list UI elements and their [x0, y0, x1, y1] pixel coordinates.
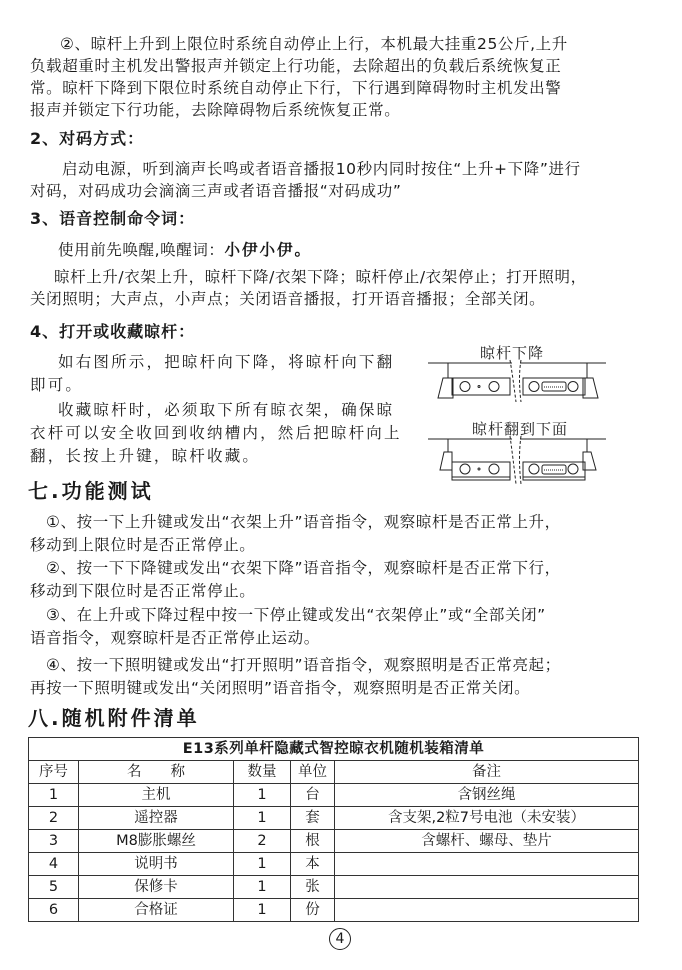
test-line-4: 移动到下限位时是否正常停止。 [30, 580, 645, 602]
table-title-row: E13系列单杆隐藏式智控晾衣机随机装箱清单 [29, 738, 639, 761]
cell-seq: 2 [29, 807, 79, 830]
cell-note: 含钢丝绳 [335, 784, 639, 807]
drying-rod-lowered-diagram [428, 360, 608, 405]
cell-name: M8膨胀螺丝 [79, 830, 234, 853]
cell-note: 含支架,2粒7号电池（未安装） [335, 807, 639, 830]
page-number: 4 [329, 928, 351, 950]
table-title: E13系列单杆隐藏式智控晾衣机随机装箱清单 [29, 738, 639, 761]
heading-voice-commands: 3、语音控制命令词： [30, 208, 195, 230]
heading-function-test: 七.功能测试 [28, 478, 154, 504]
wake-word-prefix: 使用前先唤醒,唤醒词： [58, 241, 225, 259]
table-row: 5 保修卡 1 张 [29, 876, 639, 899]
cell-note [335, 876, 639, 899]
cell-seq: 6 [29, 899, 79, 922]
store-line-2: 即可。 [30, 374, 410, 397]
header-note: 备注 [335, 761, 639, 784]
store-line-5: 翻，长按上升键，晾杆收藏。 [30, 445, 410, 468]
cell-unit: 台 [291, 784, 335, 807]
cell-unit: 份 [291, 899, 335, 922]
store-line-1: 如右图所示，把晾杆向下降，将晾杆向下翻 [58, 351, 438, 374]
table-row: 4 说明书 1 本 [29, 853, 639, 876]
test-line-6: 语音指令，观察晾杆是否正常停止运动。 [30, 627, 645, 649]
test-line-3: ②、按一下下降键或发出“衣架下降”语音指令，观察晾杆是否正常下行， [46, 557, 661, 579]
cell-note: 含螺杆、螺母、垫片 [335, 830, 639, 853]
cell-seq: 1 [29, 784, 79, 807]
cell-qty: 1 [234, 876, 291, 899]
voice-line-2: 关闭照明；大声点，小声点；关闭语音播报，打开语音播报；全部关闭。 [30, 288, 645, 310]
intro-line-4: 报声并锁定下行功能，去除障碍物后系统恢复正常。 [30, 99, 645, 121]
header-name: 名 称 [79, 761, 234, 784]
pairing-line-2: 对码，对码成功会滴滴三声或者语音播报“对码成功” [30, 180, 645, 202]
cell-qty: 2 [234, 830, 291, 853]
header-seq: 序号 [29, 761, 79, 784]
heading-open-store: 4、打开或收藏晾杆： [30, 321, 195, 343]
cell-name: 说明书 [79, 853, 234, 876]
test-line-5: ③、在上升或下降过程中按一下停止键或发出“衣架停止”或“全部关闭” [46, 604, 661, 626]
cell-name: 合格证 [79, 899, 234, 922]
cell-note [335, 899, 639, 922]
cell-qty: 1 [234, 853, 291, 876]
test-line-7: ④、按一下照明键或发出“打开照明”语音指令，观察照明是否正常亮起； [46, 654, 661, 676]
table-row: 6 合格证 1 份 [29, 899, 639, 922]
test-line-1: ①、按一下上升键或发出“衣架上升”语音指令，观察晾杆是否正常上升， [46, 511, 661, 533]
table-header-row: 序号 名 称 数量 单位 备注 [29, 761, 639, 784]
cell-unit: 根 [291, 830, 335, 853]
cell-seq: 4 [29, 853, 79, 876]
voice-line-1: 晾杆上升/衣架上升，晾杆下降/衣架下降；晾杆停止/衣架停止；打开照明， [54, 266, 669, 288]
test-line-8: 再按一下照明键或发出“关闭照明”语音指令，观察照明是否正常关闭。 [30, 677, 645, 699]
cell-qty: 1 [234, 784, 291, 807]
intro-line-3: 常。晾杆下降到下限位时系统自动停止下行，下行遇到障碍物时主机发出警 [30, 77, 645, 99]
drying-rod-flipped-diagram [428, 436, 608, 486]
cell-unit: 本 [291, 853, 335, 876]
packing-list-table: E13系列单杆隐藏式智控晾衣机随机装箱清单 序号 名 称 数量 单位 备注 1 … [28, 737, 639, 922]
cell-note [335, 853, 639, 876]
heading-accessories: 八.随机附件清单 [28, 705, 200, 731]
cell-unit: 张 [291, 876, 335, 899]
intro-line-2: 负载超重时主机发出警报声并锁定上行功能，去除超出的负载后系统恢复正 [30, 55, 645, 77]
table-row: 3 M8膨胀螺丝 2 根 含螺杆、螺母、垫片 [29, 830, 639, 853]
cell-qty: 1 [234, 899, 291, 922]
cell-name: 遥控器 [79, 807, 234, 830]
heading-pairing: 2、对码方式： [30, 128, 144, 150]
wake-word: 小伊小伊。 [225, 241, 313, 259]
intro-line-1: ②、晾杆上升到上限位时系统自动停止上行，本机最大挂重25公斤,上升 [30, 33, 645, 55]
cell-unit: 套 [291, 807, 335, 830]
header-qty: 数量 [234, 761, 291, 784]
cell-seq: 3 [29, 830, 79, 853]
cell-qty: 1 [234, 807, 291, 830]
table-row: 2 遥控器 1 套 含支架,2粒7号电池（未安装） [29, 807, 639, 830]
store-line-3: 收藏晾杆时，必须取下所有晾衣架，确保晾 [58, 399, 438, 422]
header-unit: 单位 [291, 761, 335, 784]
test-line-2: 移动到上限位时是否正常停止。 [30, 534, 645, 556]
store-line-4: 衣杆可以安全收回到收纳槽内，然后把晾杆向上 [30, 422, 410, 445]
cell-name: 保修卡 [79, 876, 234, 899]
cell-seq: 5 [29, 876, 79, 899]
pairing-line-1: 启动电源，听到滴声长鸣或者语音播报10秒内同时按住“上升+下降”进行 [30, 158, 645, 180]
cell-name: 主机 [79, 784, 234, 807]
table-row: 1 主机 1 台 含钢丝绳 [29, 784, 639, 807]
wake-word-line: 使用前先唤醒,唤醒词：小伊小伊。 [58, 239, 673, 261]
